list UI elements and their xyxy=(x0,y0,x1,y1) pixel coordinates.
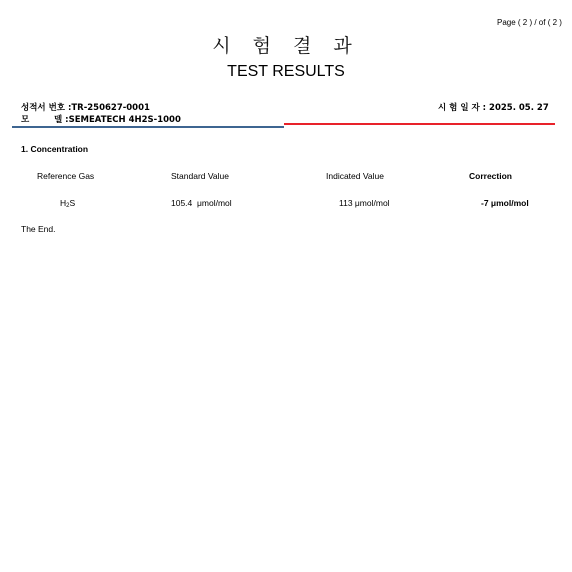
test-date-label: 시 험 일 자 : xyxy=(438,103,489,113)
page-indicator: Page ( 2 ) / of ( 2 ) xyxy=(497,18,562,27)
model: 모델 : SEMEATECH 4H2S-1000 xyxy=(21,113,181,125)
end-marker: The End. xyxy=(21,224,56,234)
model-label-right: 델 : xyxy=(54,113,69,125)
section-title: 1. Concentration xyxy=(21,144,88,154)
cell-standard-value: 105.4 μmol/mol xyxy=(171,198,232,208)
cell-correction: -7 μmol/mol xyxy=(481,198,529,208)
header-correction: Correction xyxy=(469,171,512,181)
header-standard-value: Standard Value xyxy=(171,171,229,181)
divider-right xyxy=(284,123,555,125)
model-value: SEMEATECH 4H2S-1000 xyxy=(69,115,181,125)
document-title-english: TEST RESULTS xyxy=(0,63,572,81)
header-reference-gas: Reference Gas xyxy=(37,171,94,181)
model-label-left: 모 xyxy=(21,113,54,125)
certificate-number-value: TR-250627-0001 xyxy=(71,103,150,113)
certificate-number: 성적서 번호 : TR-250627-0001 xyxy=(21,101,150,113)
divider-left xyxy=(12,126,284,128)
certificate-number-label: 성적서 번호 : xyxy=(21,101,71,113)
cell-indicated-value: 113 μmol/mol xyxy=(339,198,390,208)
document-title-korean: 시 험 결 과 xyxy=(0,31,572,58)
cell-reference-gas: H2S xyxy=(60,198,75,209)
header-indicated-value: Indicated Value xyxy=(326,171,384,181)
test-date-value: 2025. 05. 27 xyxy=(489,103,549,113)
test-date: 시 험 일 자 : 2025. 05. 27 xyxy=(438,101,549,113)
gas-formula-tail: S xyxy=(69,198,75,208)
